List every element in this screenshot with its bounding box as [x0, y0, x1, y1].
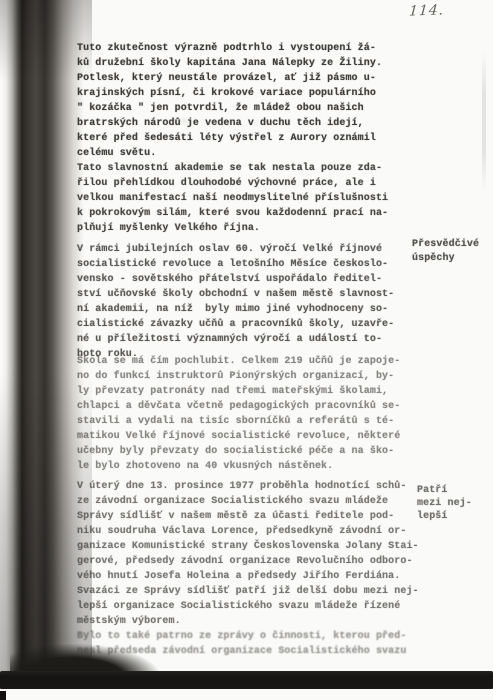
- scan-bottom-bar: [0, 671, 493, 689]
- page-number: 114.: [408, 2, 444, 19]
- paragraph-4: Škola se má čím pochlubit. Celkem 219 uč…: [77, 354, 421, 474]
- margin-note-1: Přesvědčivé úspěchy: [412, 238, 479, 266]
- scan-edge-streak: [482, 52, 486, 192]
- paragraph-6: Bylo to také patrno ze zprávy o činnosti…: [77, 629, 421, 659]
- scanned-document-page: 114. Tuto zkutečnost výrazně podtrhlo i …: [0, 0, 493, 700]
- scan-corner-mark: [0, 691, 6, 700]
- typewritten-text-block: Tuto zkutečnost výrazně podtrhlo i vysto…: [77, 41, 421, 659]
- margin-note-2: Patří mezi nej- lepší: [417, 484, 472, 523]
- paragraph-5: V úterý dne 13. prosince 1977 proběhla h…: [77, 479, 421, 629]
- paragraph-3: V rámci jubilejních oslav 60. výročí Vel…: [77, 242, 421, 362]
- paragraph-1: Tuto zkutečnost výrazně podtrhlo i vysto…: [77, 41, 421, 161]
- paragraph-2: Tato slavnostní akademie se tak nestala …: [77, 161, 421, 236]
